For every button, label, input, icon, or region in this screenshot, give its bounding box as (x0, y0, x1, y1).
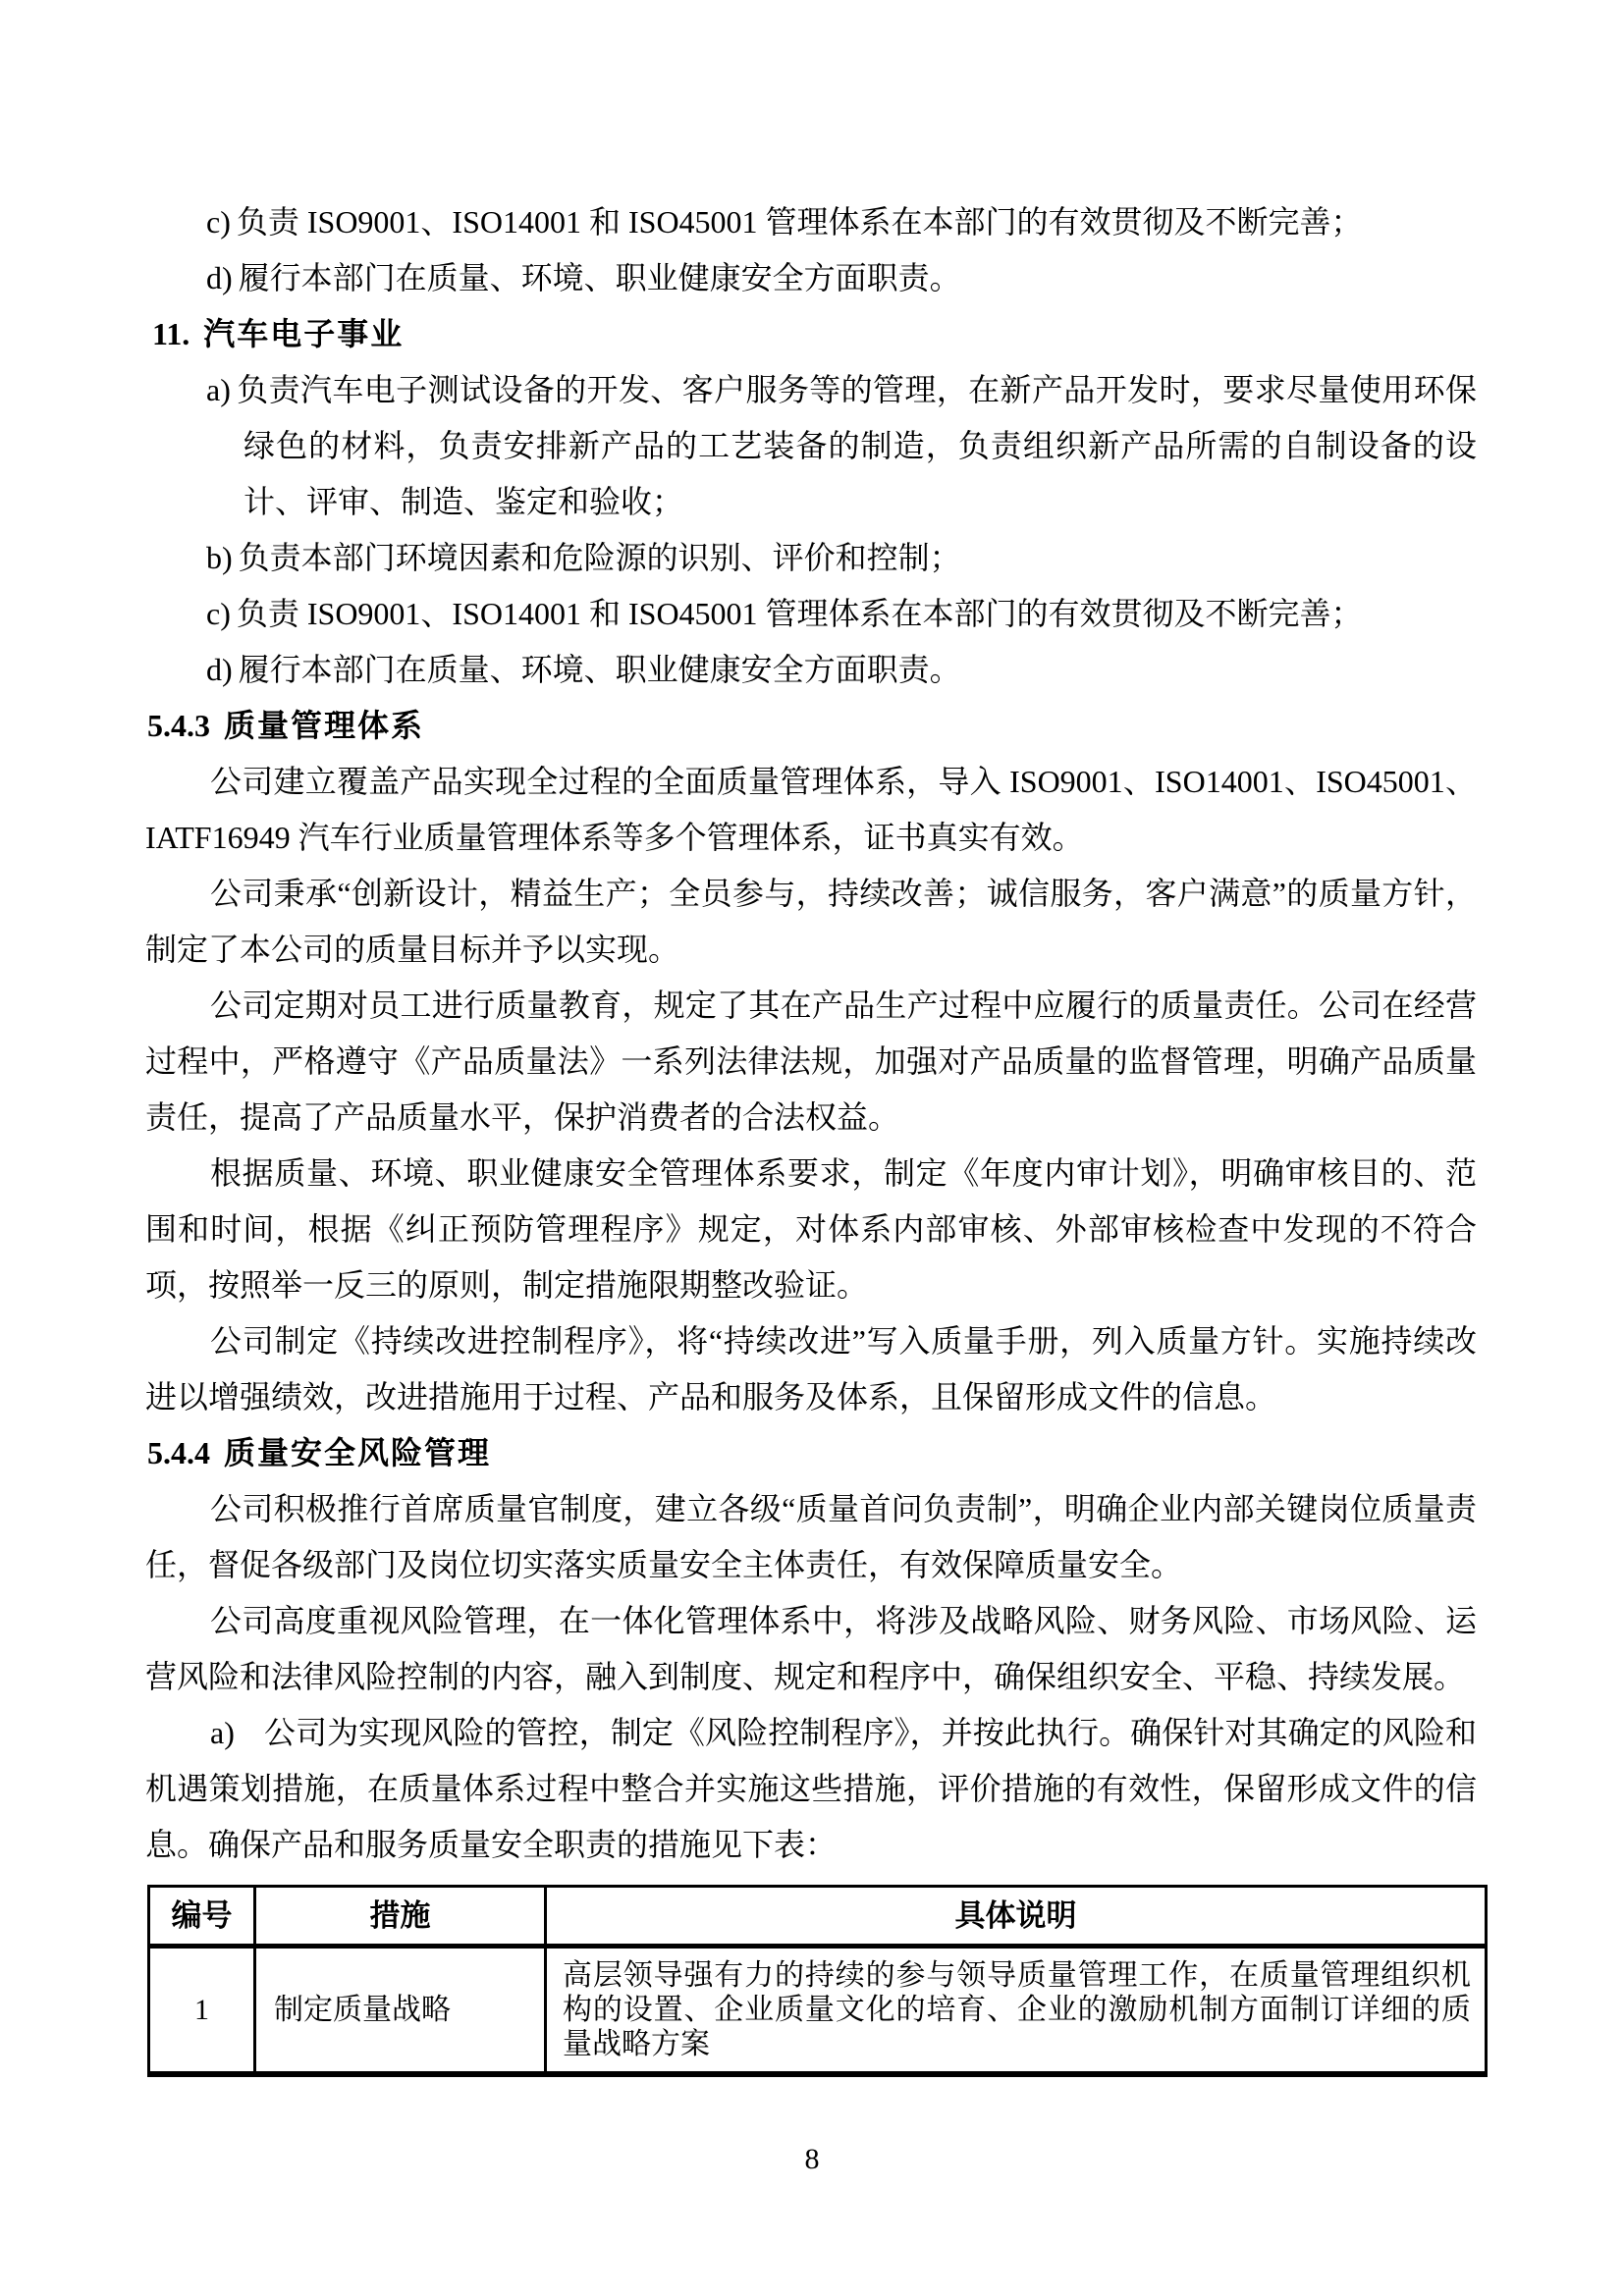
section-heading-auto-electronics: 11.汽车电子事业 (152, 306, 1477, 362)
list-item: d)履行本部门在质量、环境、职业健康安全方面职责。 (145, 250, 1477, 306)
list-item-text: 负责 ISO9001、ISO14001 和 ISO45001 管理体系在本部门的… (237, 204, 1363, 240)
list-item-marker: d) (206, 652, 233, 687)
list-item-marker: d) (206, 260, 233, 295)
paragraph: 公司制定《持续改进控制程序》，将“持续改进”写入质量手册，列入质量方针。实施持续… (145, 1313, 1477, 1425)
paragraph-text: 公司为实现风险的管控，制定《风险控制程序》，并按此执行。确保针对其确定的风险和机… (145, 1715, 1477, 1862)
list-item-marker: b) (206, 540, 233, 575)
list-item-text: 履行本部门在质量、环境、职业健康安全方面职责。 (239, 260, 961, 295)
table-header-id: 编号 (149, 1887, 255, 1947)
list-item-text: 负责本部门环境因素和危险源的识别、评价和控制； (239, 540, 961, 575)
table-header-description: 具体说明 (546, 1887, 1487, 1947)
paragraph-marker: a) (210, 1715, 235, 1750)
heading-title: 质量管理体系 (224, 708, 424, 743)
list-item-text: 履行本部门在质量、环境、职业健康安全方面职责。 (239, 652, 961, 687)
list-item-marker: c) (206, 204, 231, 240)
heading-title: 质量安全风险管理 (224, 1435, 491, 1470)
paragraph-list-a: a)公司为实现风险的管控，制定《风险控制程序》，并按此执行。确保针对其确定的风险… (145, 1705, 1477, 1873)
list-item: d)履行本部门在质量、环境、职业健康安全方面职责。 (145, 642, 1477, 698)
measures-table: 编号 措施 具体说明 1 制定质量战略 高层领导强有力的持续的参与领导质量管理工… (147, 1885, 1488, 2077)
list-item-marker: c) (206, 596, 231, 631)
list-item: c)负责 ISO9001、ISO14001 和 ISO45001 管理体系在本部… (145, 586, 1477, 642)
heading-number: 5.4.4 (147, 1435, 210, 1470)
list-item-text: 负责汽车电子测试设备的开发、客户服务等的管理，在新产品开发时，要求尽量使用环保绿… (237, 372, 1477, 519)
list-item-text: 负责 ISO9001、ISO14001 和 ISO45001 管理体系在本部门的… (237, 596, 1363, 631)
table-cell-id: 1 (149, 1947, 255, 2075)
list-item: c)负责 ISO9001、ISO14001 和 ISO45001 管理体系在本部… (145, 194, 1477, 250)
list-item: b)负责本部门环境因素和危险源的识别、评价和控制； (145, 530, 1477, 586)
section-heading-quality-management-system: 5.4.3质量管理体系 (147, 698, 1477, 754)
heading-number: 11. (152, 316, 189, 351)
paragraph: 公司积极推行首席质量官制度，建立各级“质量首问负责制”，明确企业内部关键岗位质量… (145, 1481, 1477, 1593)
document-body: c)负责 ISO9001、ISO14001 和 ISO45001 管理体系在本部… (145, 194, 1477, 2077)
paragraph: 公司定期对员工进行质量教育，规定了其在产品生产过程中应履行的质量责任。公司在经营… (145, 978, 1477, 1146)
paragraph: 公司高度重视风险管理，在一体化管理体系中，将涉及战略风险、财务风险、市场风险、运… (145, 1593, 1477, 1705)
paragraph: 公司秉承“创新设计，精益生产；全员参与，持续改善；诚信服务，客户满意”的质量方针… (145, 866, 1477, 978)
table-header-measure: 措施 (255, 1887, 546, 1947)
heading-title: 汽车电子事业 (203, 316, 404, 351)
paragraph: 公司建立覆盖产品实现全过程的全面质量管理体系，导入 ISO9001、ISO140… (145, 754, 1477, 866)
table-cell-measure: 制定质量战略 (255, 1947, 546, 2075)
list-item-marker: a) (206, 372, 231, 407)
paragraph: 根据质量、环境、职业健康安全管理体系要求，制定《年度内审计划》，明确审核目的、范… (145, 1146, 1477, 1313)
document-page: c)负责 ISO9001、ISO14001 和 ISO45001 管理体系在本部… (0, 0, 1624, 2296)
section-heading-quality-safety-risk: 5.4.4质量安全风险管理 (147, 1425, 1477, 1481)
list-item: a)负责汽车电子测试设备的开发、客户服务等的管理，在新产品开发时，要求尽量使用环… (145, 362, 1477, 530)
table-row: 1 制定质量战略 高层领导强有力的持续的参与领导质量管理工作，在质量管理组织机构… (149, 1947, 1487, 2075)
table-cell-description: 高层领导强有力的持续的参与领导质量管理工作，在质量管理组织机构的设置、企业质量文… (546, 1947, 1487, 2075)
heading-number: 5.4.3 (147, 708, 210, 743)
page-number: 8 (0, 2138, 1624, 2181)
table-header-row: 编号 措施 具体说明 (149, 1887, 1487, 1947)
